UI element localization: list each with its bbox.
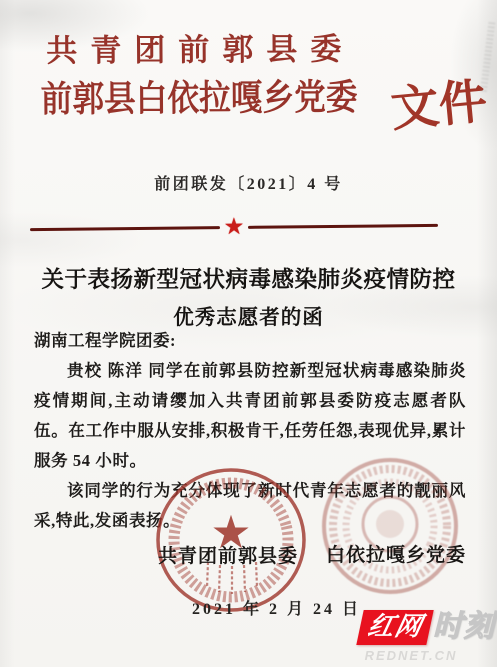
document-number: 前团联发〔2021〕4 号 [0,171,497,194]
rednet-watermark-logo: 红网 时刻 REDNET.CN [327,607,495,663]
red-divider: ★ [30,214,438,241]
body-paragraph-1: 贵校 陈洋 同学在前郭县防控新型冠状病毒感染肺炎疫情期间,主动请缨加入共青团前郭… [34,356,466,476]
watermark-brand-left: 红网 [366,613,426,639]
page-bleedthrough-marks [480,22,496,94]
divider-line-right [248,224,438,229]
signature-township-committee: 白依拉嘎乡党委 [326,540,466,567]
issuing-org-secondary: 前郭县白依拉嘎乡党委 [40,69,357,122]
signature-league-committee: 共青团前郭县委 [158,541,298,568]
document-type-label: 文件 [388,62,490,140]
document-title: 关于表扬新型冠状病毒感染肺炎疫情防控 优秀志愿者的函 [0,262,497,330]
watermark-brand-box: 红网 [356,610,433,645]
watermark-brand-right: 时刻 [433,612,495,642]
watermark-brand-row: 红网 时刻 [327,607,495,647]
issuing-org-row: 前郭县白依拉嘎乡党委 文件 [40,68,487,140]
issuing-org-primary: 共青团前郭县委 [46,23,354,70]
document-body: 湖南工程学院团委: 贵校 陈洋 同学在前郭县防控新型冠状病毒感染肺炎疫情期间,主… [34,326,466,536]
title-line-1: 关于表扬新型冠状病毒感染肺炎疫情防控 [0,262,497,294]
watermark-site-url: REDNET.CN [327,648,495,663]
document-page: 共青团前郭县委 前郭县白依拉嘎乡党委 文件 前团联发〔2021〕4 号 ★ 关于… [0,0,497,667]
divider-line-left [30,226,220,231]
letterhead: 共青团前郭县委 前郭县白依拉嘎乡党委 文件 [0,0,497,2]
body-paragraph-2: 该同学的行为充分体现了新时代青年志愿者的靓丽风采,特此,发函表扬。 [34,476,466,536]
star-icon: ★ [220,216,249,239]
addressee-salutation: 湖南工程学院团委: [34,326,466,356]
